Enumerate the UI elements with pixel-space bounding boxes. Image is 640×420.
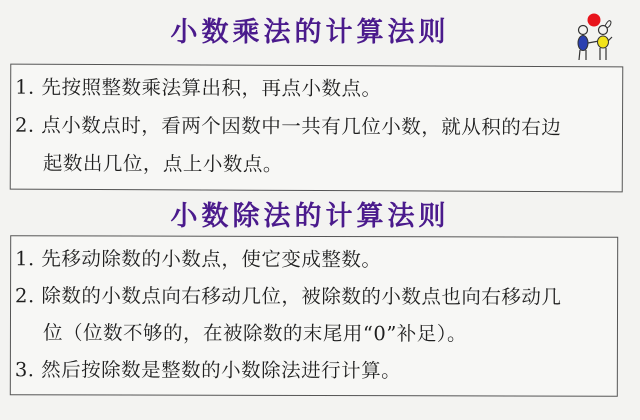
multiplication-rules-title: 小数乘法的计算法则 <box>0 16 620 50</box>
division-rules-title: 小数除法的计算法则 <box>0 200 620 234</box>
rule-line: 2. 除数的小数点向右移动几位，被除数的小数点也向右移动几 <box>15 277 607 316</box>
rule-line-continuation: 起数出几位，点上小数点。 <box>15 145 612 186</box>
rule-line: 1. 先按照整数乘法算出积，再点小数点。 <box>15 69 612 110</box>
rule-line-continuation: 位（位数不够的，在被除数的末尾用“0”补足）。 <box>15 314 607 353</box>
rule-line: 3. 然后按除数是整数的小数除法进行计算。 <box>15 351 607 390</box>
rule-line: 1. 先移动除数的小数点，使它变成整数。 <box>15 240 607 279</box>
rule-line: 2. 点小数点时，看两个因数中一共有几位小数，就从积的右边 <box>15 107 612 148</box>
division-rules-box: 1. 先移动除数的小数点，使它变成整数。 2. 除数的小数点向右移动几位，被除数… <box>10 235 618 397</box>
multiplication-rules-box: 1. 先按照整数乘法算出积，再点小数点。 2. 点小数点时，看两个因数中一共有几… <box>10 64 624 193</box>
two-kids-with-ball-icon <box>565 8 625 68</box>
